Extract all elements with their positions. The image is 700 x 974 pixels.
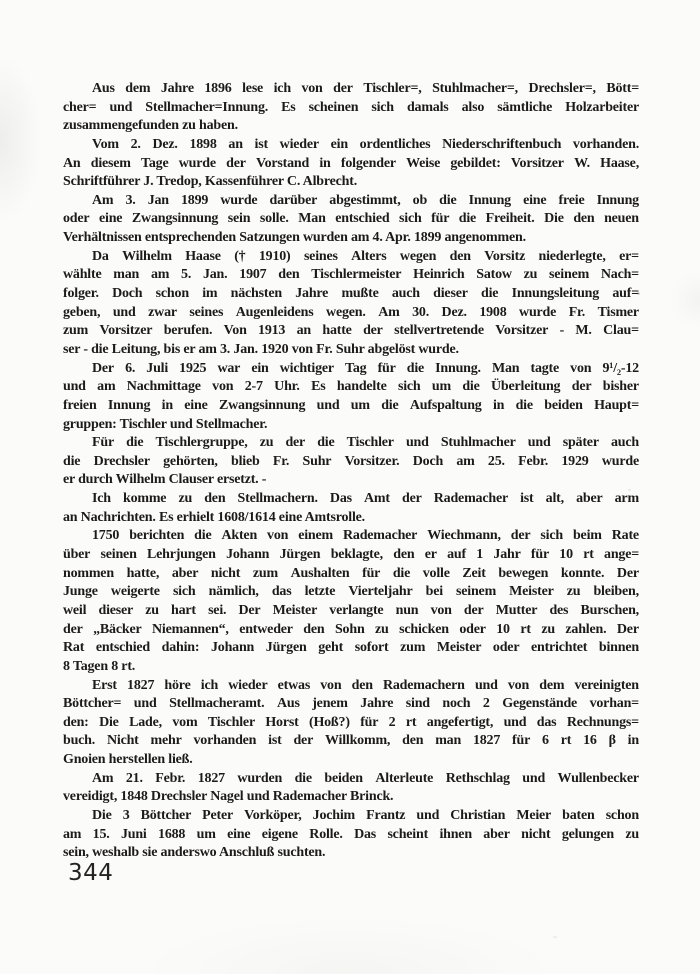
text-line: 1750berichtendieAktenvoneinemRademacherW… (63, 527, 639, 546)
paragraph: Die3BöttcherPeterVorköper,JochimFrantzun… (63, 807, 639, 863)
text-line: Ratentschieddahin:JohannJürgengehtsofort… (63, 639, 639, 658)
text-line: geben,undzwarseinesAugenleidenswegen.Am3… (63, 304, 639, 323)
text-line: wähltemanam5.Jan.1907denTischlermeisterH… (63, 266, 639, 285)
paragraph: FürdieTischlergruppe,zuderdieTischlerund… (63, 434, 639, 490)
text-line: Die3BöttcherPeterVorköper,JochimFrantzun… (63, 807, 639, 826)
text-line: IchkommezudenStellmachern.DasAmtderRadem… (63, 490, 639, 509)
text-line: sein, weshalb sie anderswo Anschluß such… (63, 844, 639, 863)
text-line: Am3.Jan1899wurdedarüberabgestimmt,obdieI… (63, 192, 639, 211)
text-line: überseinenLehrjungenJohannJürgenbeklagte… (63, 546, 639, 565)
text-line: 8 Tagen 8 rt. (63, 658, 639, 677)
text-line: Verhältnissen entsprechenden Satzungen w… (63, 229, 639, 248)
text-line: AusdemJahre1896leseichvonderTischler=,St… (63, 80, 639, 99)
text-line: weildieserzuhartsei.DerMeisterverlangten… (63, 602, 639, 621)
text-line: Vom2.Dez.1898anistwiedereinordentlichesN… (63, 136, 639, 155)
text-line: odereineZwangsinnungseinsolle.Manentschi… (63, 210, 639, 229)
text-line: gruppen: Tischler und Stellmacher. (63, 416, 639, 435)
paragraph: Der6.Juli1925wareinwichtigerTagfürdieInn… (63, 360, 639, 435)
paragraph: Am3.Jan1899wurdedarüberabgestimmt,obdieI… (63, 192, 639, 248)
text-line: nommenhatte,abernichtzumAushaltenfürdiev… (63, 565, 639, 584)
text-line: er durch Wilhelm Clauser ersetzt. - (63, 471, 639, 490)
body-text-block: AusdemJahre1896leseichvonderTischler=,St… (63, 80, 639, 863)
paragraph: Erst1827höreichwiederetwasvondenRademach… (63, 677, 639, 770)
paragraph: AusdemJahre1896leseichvonderTischler=,St… (63, 80, 639, 136)
text-line: AndiesemTagewurdederVorstandinfolgenderW… (63, 155, 639, 174)
paragraph: IchkommezudenStellmachern.DasAmtderRadem… (63, 490, 639, 527)
paragraph: Am21.Febr.1827wurdendiebeidenAlterleuteR… (63, 770, 639, 807)
text-line: an Nachrichten. Es erhielt 1608/1614 ein… (63, 509, 639, 528)
text-line: Der6.Juli1925wareinwichtigerTagfürdieInn… (63, 360, 639, 379)
text-line: undamNachmittagevon2-7Uhr.Eshandeltesich… (63, 378, 639, 397)
text-line: zumVorsitzerberufen.Von1913anhattederste… (63, 322, 639, 341)
text-line: Jungeweigertesichnämlich,dasletzteVierte… (63, 583, 639, 602)
text-line: der„BäckerNiemannen“,entwederdenSohnzusc… (63, 621, 639, 640)
text-line: folger.DochschonimnächstenJahremußteauch… (63, 285, 639, 304)
text-line: DaWilhelmHaase(†1910)seinesAlterswegende… (63, 248, 639, 267)
text-line: cher=undStellmacher=Innung.Esscheinensic… (63, 99, 639, 118)
text-line: Am21.Febr.1827wurdendiebeidenAlterleuteR… (63, 770, 639, 789)
paragraph: Vom2.Dez.1898anistwiedereinordentlichesN… (63, 136, 639, 192)
text-line: ser - die Leitung, bis er am 3. Jan. 192… (63, 341, 639, 360)
text-line: FürdieTischlergruppe,zuderdieTischlerund… (63, 434, 639, 453)
scan-speck (553, 936, 557, 938)
text-line: Schriftführer J. Tredop, Kassenführer C.… (63, 173, 639, 192)
scanned-book-page: AusdemJahre1896leseichvonderTischler=,St… (0, 0, 700, 974)
text-line: den:DieLade,vomTischlerHorst(Hoß?)für2rt… (63, 714, 639, 733)
text-line: buch.NichtmehrvorhandenistderWillkomm,de… (63, 732, 639, 751)
text-line: Gnoien herstellen ließ. (63, 751, 639, 770)
paragraph: DaWilhelmHaase(†1910)seinesAlterswegende… (63, 248, 639, 360)
text-line: Böttcher=undStellmacheramt.AusjenemJahre… (63, 695, 639, 714)
text-line: Erst1827höreichwiederetwasvondenRademach… (63, 677, 639, 696)
text-line: vereidigt, 1848 Drechsler Nagel und Rade… (63, 788, 639, 807)
page-number: 344 (68, 860, 113, 886)
paragraph: 1750berichtendieAktenvoneinemRademacherW… (63, 527, 639, 676)
text-line: dieDrechslergehörten,bliebFr.SuhrVorsitz… (63, 453, 639, 472)
text-line: freienInnungineineZwangsinnungundumdieAu… (63, 397, 639, 416)
text-line: am15.Juni1688umeineeigeneRolle.Dasschein… (63, 826, 639, 845)
text-line: zusammengefunden zu haben. (63, 117, 639, 136)
